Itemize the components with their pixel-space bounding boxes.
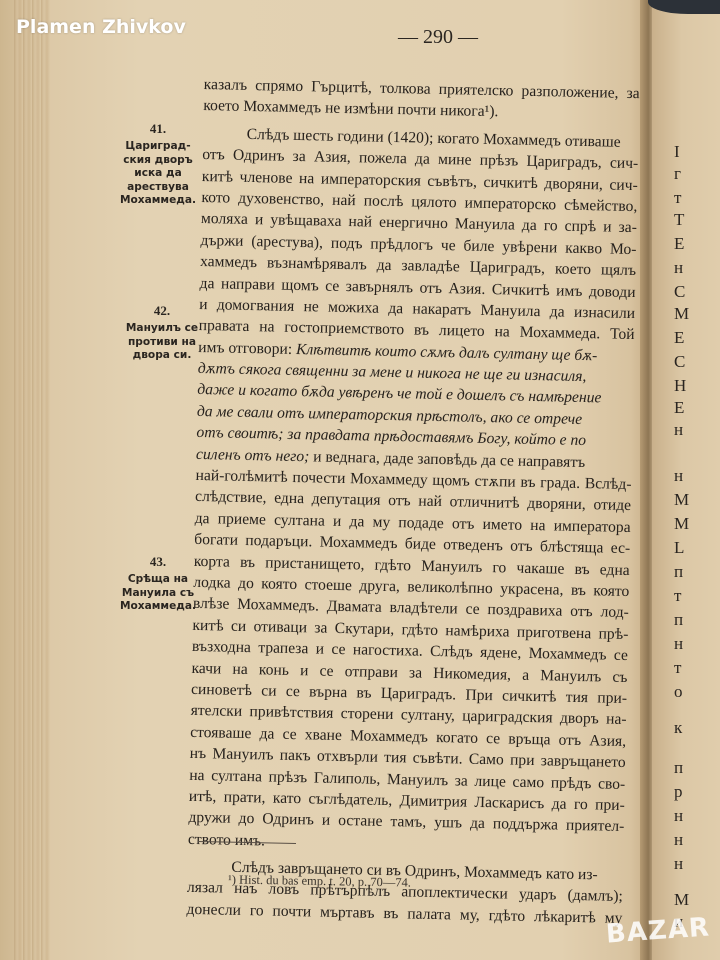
margin-note-41: 41. Цариград- ския дворъ иска да ареству… (110, 122, 206, 207)
body-text: казалъ спрямо Гърцитѣ, толкова приятелск… (186, 74, 640, 929)
quote-span: силенъ отъ него; (196, 446, 314, 465)
footnote: ¹) Hist. du bas emp. t. 20, p. 70—74. (228, 872, 411, 890)
right-page-fragment: L (674, 538, 684, 558)
right-page-fragment: С (674, 352, 685, 372)
margin-note-line: Мохаммеда. (110, 194, 206, 207)
right-page-fragment: н (674, 466, 683, 486)
book-page-right: ІгтТЕнСМЕСНЕннММLптпнтокпрнннМи (652, 0, 720, 960)
right-page-fragment: Т (674, 210, 684, 230)
section-number: 43. (110, 555, 206, 568)
right-page-fragment: н (674, 806, 683, 826)
page-edges (14, 0, 50, 960)
right-page-fragment: п (674, 610, 683, 630)
right-page-fragment: Е (674, 328, 684, 348)
right-page-fragment: п (674, 562, 683, 582)
margin-note-line: Мануила съ (110, 587, 206, 600)
margin-note-line: арествува (110, 181, 206, 194)
section-number: 41. (110, 122, 206, 135)
right-page-fragment: т (674, 658, 681, 678)
right-page-fragment: п (674, 758, 683, 778)
right-page-fragment: Е (674, 234, 684, 254)
margin-note-line: иска да (110, 167, 206, 180)
right-page-fragment: М (674, 514, 689, 534)
page-number: — 290 — (398, 26, 478, 49)
right-page-fragment: н (674, 854, 683, 874)
right-page-fragment: М (674, 490, 689, 510)
right-page-fragment: к (674, 718, 682, 738)
watermark: Plamen Zhivkov (16, 16, 186, 38)
margin-note-42: 42. Мануилъ се противи на двора си. (114, 304, 210, 363)
margin-note-43: 43. Срѣща на Мануила съ Мохаммеда. (110, 555, 206, 614)
section-number: 42. (114, 304, 210, 317)
right-page-fragment: М (674, 304, 689, 324)
margin-note-line: Цариград- (110, 140, 206, 153)
right-page-fragment: т (674, 586, 681, 606)
margin-note-line: противи на (114, 336, 210, 349)
right-page-fragment: н (674, 634, 683, 654)
margin-note-line: Мануилъ се (114, 322, 210, 335)
margin-note-line: Мохаммеда. (110, 600, 206, 613)
right-page-fragment: о (674, 682, 683, 702)
right-page-fragment: н (674, 258, 683, 278)
right-page-fragment: н (674, 420, 683, 440)
margin-note-line: двора си. (114, 349, 210, 362)
right-page-fragment: н (674, 830, 683, 850)
right-page-fragment: М (674, 890, 689, 910)
right-page-fragment: г (674, 164, 681, 184)
right-page-fragment: Е (674, 398, 684, 418)
right-page-fragment: р (674, 782, 683, 802)
margin-note-line: Срѣща на (110, 573, 206, 586)
right-page-fragment: С (674, 282, 685, 302)
margin-note-line: ския дворъ (110, 154, 206, 167)
text-span: имъ отговори: (198, 339, 296, 358)
right-page-fragment: Н (674, 376, 686, 396)
right-page-fragment: І (674, 142, 680, 162)
right-page-fragment: т (674, 188, 681, 208)
